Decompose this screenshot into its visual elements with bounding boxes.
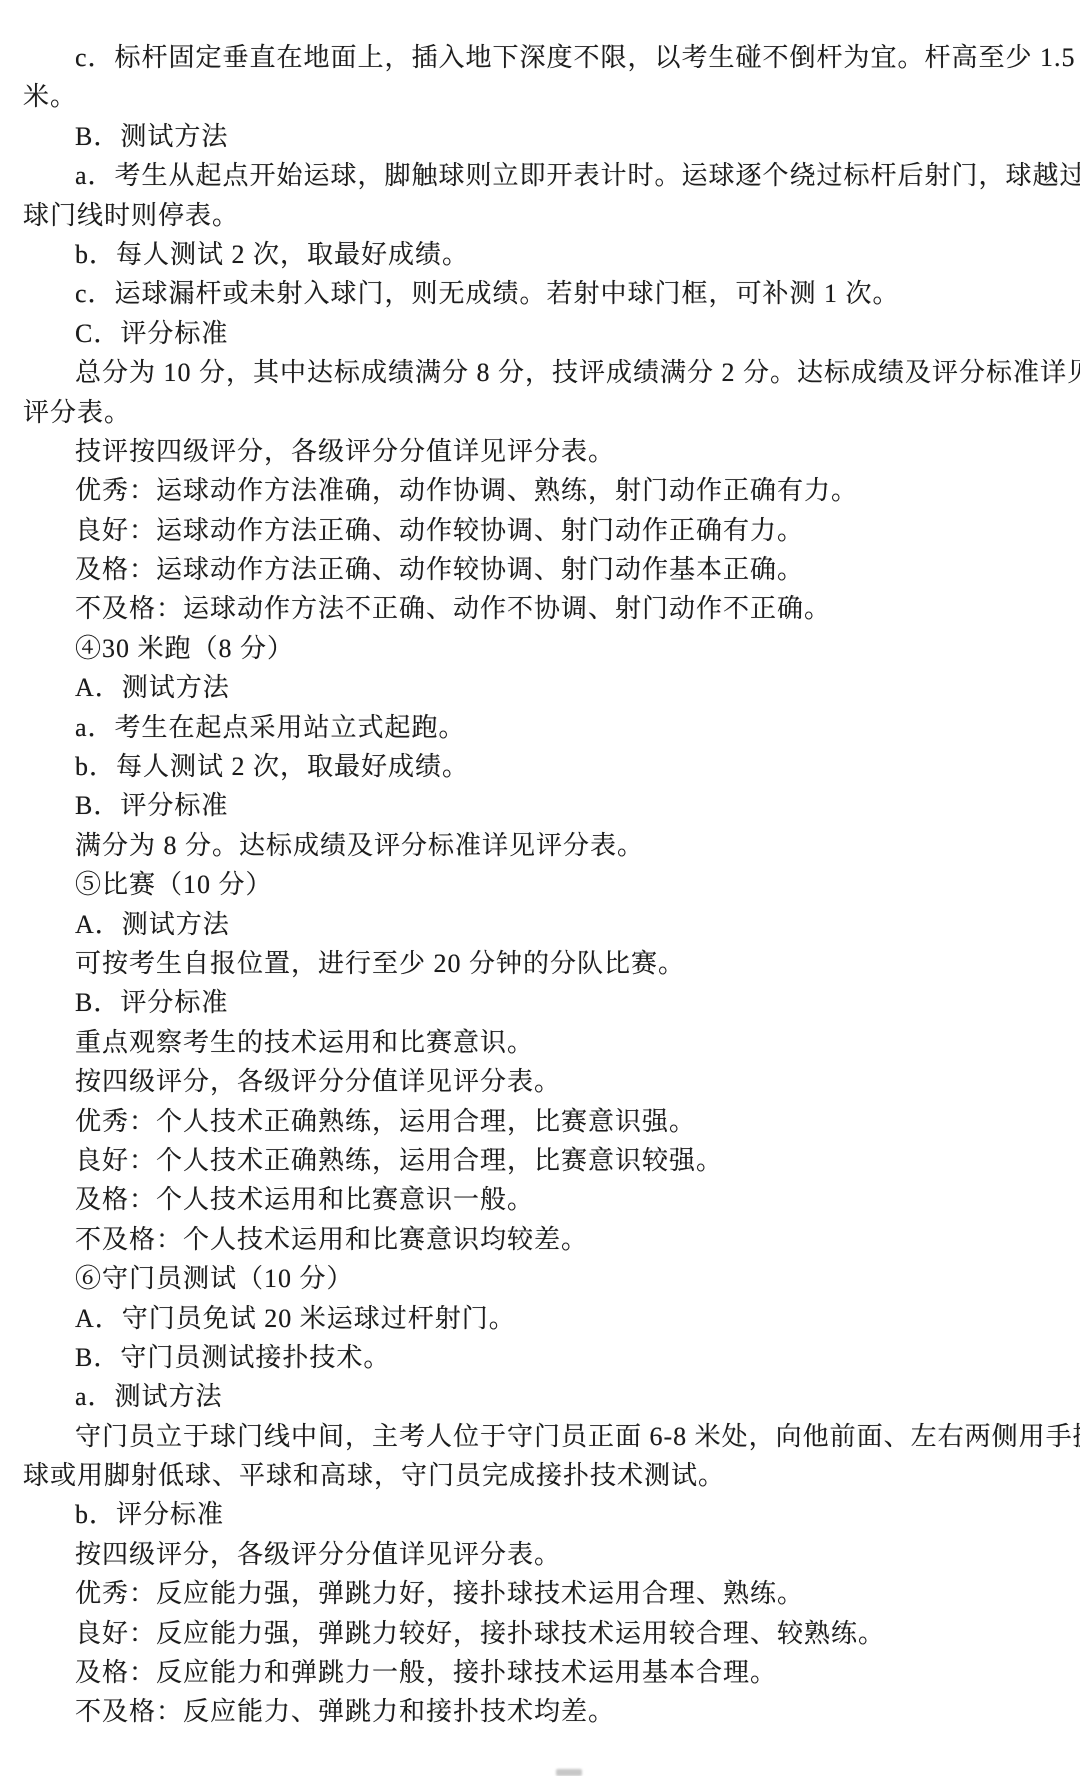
text-line: 总分为 10 分，其中达标成绩满分 8 分，技评成绩满分 2 分。达标成绩及评分… — [23, 353, 1067, 392]
text-line: 按四级评分，各级评分分值详见评分表。 — [23, 1535, 1067, 1574]
text-line: A．测试方法 — [23, 905, 1067, 944]
text-line: 满分为 8 分。达标成绩及评分标准详见评分表。 — [23, 826, 1067, 865]
text-line: a．考生从起点开始运球，脚触球则立即开表计时。运球逐个绕过标杆后射门，球越过 — [23, 156, 1067, 195]
document-page: c．标杆固定垂直在地面上，插入地下深度不限，以考生碰不倒杆为宜。杆高至少 1.5… — [0, 0, 1080, 1776]
page-number-smudge — [556, 1769, 582, 1776]
text-line: 可按考生自报位置，进行至少 20 分钟的分队比赛。 — [23, 944, 1067, 983]
text-line: 不及格：运球动作方法不正确、动作不协调、射门动作不正确。 — [23, 589, 1067, 628]
text-line: c．标杆固定垂直在地面上，插入地下深度不限，以考生碰不倒杆为宜。杆高至少 1.5 — [23, 38, 1067, 77]
text-line: ⑤比赛（10 分） — [23, 865, 1067, 904]
text-line: 良好：个人技术正确熟练，运用合理，比赛意识较强。 — [23, 1141, 1067, 1180]
text-line: 不及格：个人技术运用和比赛意识均较差。 — [23, 1220, 1067, 1259]
text-line: B．评分标准 — [23, 983, 1067, 1022]
text-line: 优秀：个人技术正确熟练，运用合理，比赛意识强。 — [23, 1102, 1067, 1141]
text-line: ④30 米跑（8 分） — [23, 629, 1067, 668]
text-line: 球或用脚射低球、平球和高球，守门员完成接扑技术测试。 — [23, 1456, 1067, 1495]
text-line: 按四级评分，各级评分分值详见评分表。 — [23, 1062, 1067, 1101]
text-line: a．测试方法 — [23, 1377, 1067, 1416]
text-line: 不及格：反应能力、弹跳力和接扑技术均差。 — [23, 1692, 1067, 1731]
text-line: 优秀：反应能力强，弹跳力好，接扑球技术运用合理、熟练。 — [23, 1574, 1067, 1613]
text-line: A．测试方法 — [23, 668, 1067, 707]
text-line: b．每人测试 2 次，取最好成绩。 — [23, 235, 1067, 274]
text-line: 及格：反应能力和弹跳力一般，接扑球技术运用基本合理。 — [23, 1653, 1067, 1692]
text-line: a．考生在起点采用站立式起跑。 — [23, 708, 1067, 747]
text-line: 技评按四级评分，各级评分分值详见评分表。 — [23, 432, 1067, 471]
text-line: 及格：运球动作方法正确、动作较协调、射门动作基本正确。 — [23, 550, 1067, 589]
text-line: 评分表。 — [23, 393, 1067, 432]
document-body: c．标杆固定垂直在地面上，插入地下深度不限，以考生碰不倒杆为宜。杆高至少 1.5… — [23, 38, 1067, 1732]
text-line: 良好：反应能力强，弹跳力较好，接扑球技术运用较合理、较熟练。 — [23, 1614, 1067, 1653]
text-line: b．评分标准 — [23, 1495, 1067, 1534]
text-line: 及格：个人技术运用和比赛意识一般。 — [23, 1180, 1067, 1219]
text-line: 优秀：运球动作方法准确，动作协调、熟练，射门动作正确有力。 — [23, 471, 1067, 510]
text-line: b．每人测试 2 次，取最好成绩。 — [23, 747, 1067, 786]
text-line: 球门线时则停表。 — [23, 196, 1067, 235]
text-line: B．测试方法 — [23, 117, 1067, 156]
text-line: B．守门员测试接扑技术。 — [23, 1338, 1067, 1377]
text-line: ⑥守门员测试（10 分） — [23, 1259, 1067, 1298]
text-line: c．运球漏杆或未射入球门，则无成绩。若射中球门框，可补测 1 次。 — [23, 274, 1067, 313]
text-line: 重点观察考生的技术运用和比赛意识。 — [23, 1023, 1067, 1062]
text-line: C．评分标准 — [23, 314, 1067, 353]
text-line: B．评分标准 — [23, 786, 1067, 825]
text-line: 守门员立于球门线中间，主考人位于守门员正面 6-8 米处，向他前面、左右两侧用手… — [23, 1417, 1067, 1456]
text-line: 良好：运球动作方法正确、动作较协调、射门动作正确有力。 — [23, 511, 1067, 550]
text-line: A．守门员免试 20 米运球过杆射门。 — [23, 1299, 1067, 1338]
text-line: 米。 — [23, 77, 1067, 116]
